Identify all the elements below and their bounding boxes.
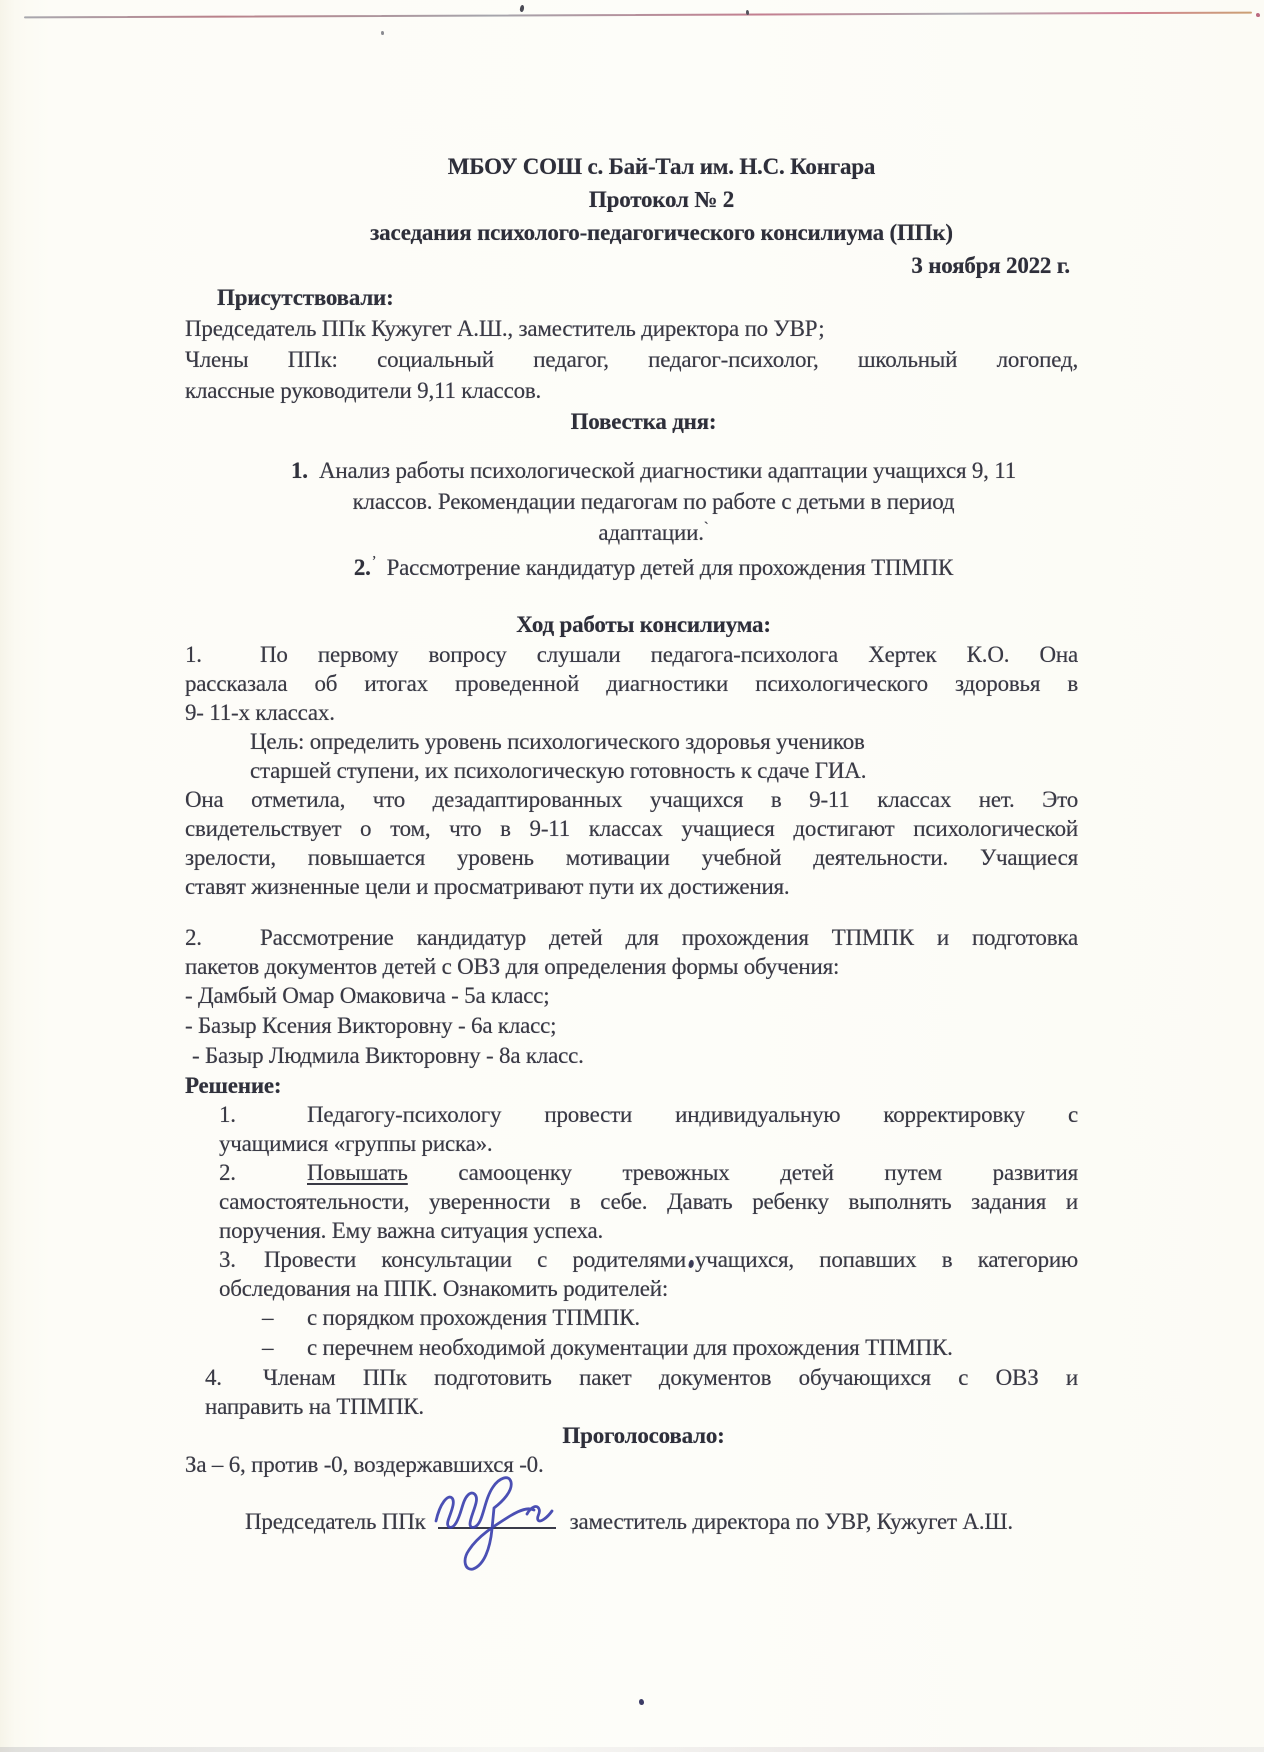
scan-speck [1256, 13, 1260, 17]
decision-heading: Решение: [185, 1071, 1078, 1100]
decision-item-3: 3.Провести консультации с родителямиучащ… [219, 1245, 1078, 1303]
agenda-heading: Повестка дня: [197, 406, 1090, 437]
question1-line3: 9- 11-х классах. [185, 698, 1078, 727]
decision-item-1-line2: учащимися «группы риска». [219, 1129, 1078, 1158]
attendees-members-line2: классные руководители 9,11 классов. [185, 375, 1078, 406]
document-header: МБОУ СОШ с. Бай-Тал им. Н.С. Конгара Про… [215, 150, 1108, 249]
agenda-item-1-line3: адаптации.ˋ [207, 517, 1100, 552]
decision-item-2-line2: самостоятельности, уверенности в себе. Д… [219, 1187, 1078, 1216]
handwritten-signature [424, 1451, 574, 1581]
vote-heading: Проголосовало: [197, 1421, 1090, 1450]
proceedings-heading: Ход работы консилиума: [197, 609, 1090, 640]
question2-number: 2. [185, 923, 260, 952]
decision-item-4: 4.Членам ППк подготовить пакет документо… [205, 1363, 1078, 1421]
agenda-item-2: 2.ʼ Рассмотрение кандидатур детей для пр… [207, 552, 1100, 587]
question2-line1: 2.Рассмотрение кандидатур детей для прох… [185, 923, 1078, 952]
candidate-row: - Базыр Ксения Викторовну - 6а класс; [185, 1011, 1078, 1041]
agenda-item-1-number: 1. [291, 458, 308, 483]
stray-apostrophe-mark: ʼ [372, 554, 377, 570]
agenda-item-1-line2: классов. Рекомендации педагогам по работ… [207, 486, 1100, 517]
signature-right-text: заместитель директора по УВР, Кужугет А.… [570, 1507, 1013, 1536]
attendees-chair-line: Председатель ППк Кужугет А.Ш., заместите… [185, 313, 1078, 344]
decision-item-4-line2: направить на ТПМПК. [205, 1392, 1078, 1421]
summary-line4: ставят жизненные цели и просматривают пу… [185, 872, 1078, 901]
decision-item-2-line3: поручения. Ему важна ситуация успеха. [219, 1216, 1078, 1245]
decision-subitem-1: –с порядком прохождения ТПМПК. [185, 1303, 1078, 1333]
question2-line2: пакетов документов детей с ОВЗ для опред… [185, 952, 1078, 981]
summary-line1: Она отметила, что дезадаптированных учащ… [185, 785, 1078, 814]
underlined-word: Повышать [307, 1160, 408, 1185]
attendees-members-line1: Члены ППк: социальный педагог, педагог-п… [185, 344, 1078, 375]
decision-item-4-line1: 4.Членам ППк подготовить пакет документо… [205, 1363, 1078, 1392]
signature-row: Председатель ППк заместитель директора п… [245, 1507, 1078, 1536]
candidate-row: - Дамбый Омар Омаковича - 5а класс; [185, 981, 1078, 1011]
scan-bottom-shadow [0, 1747, 1264, 1752]
agenda-item-2-number: 2. [354, 555, 371, 580]
protocol-date: 3 ноября 2022 г. [185, 249, 1078, 282]
decision-subitem-2: –с перечнем необходимой документации для… [185, 1333, 1078, 1363]
candidate-row: - Базыр Людмила Викторовну - 8а класс. [185, 1041, 1078, 1071]
dash-bullet: – [262, 1333, 307, 1363]
attendees-heading: Присутствовали: [185, 282, 1078, 313]
goal-line1: Цель: определить уровень психологическог… [250, 727, 1078, 756]
decision-item-1-number: 1. [219, 1100, 307, 1129]
decision-item-3-line1: 3.Провести консультации с родителямиучащ… [219, 1245, 1078, 1274]
summary-line2: свидетельствует о том, что в 9-11 класса… [185, 814, 1078, 843]
question1-line1: 1.По первому вопросу слушали педагога-пс… [185, 640, 1078, 669]
scan-speck [639, 1699, 644, 1705]
agenda-list: 1. Анализ работы психологической диагнос… [207, 455, 1100, 587]
school-name: МБОУ СОШ с. Бай-Тал им. Н.С. Конгара [215, 150, 1108, 183]
decision-item-1: 1.Педагогу-психологу провести индивидуал… [219, 1100, 1078, 1158]
goal-line2: старшей ступени, их психологическую гото… [250, 756, 1078, 785]
decision-item-2: 2.Повышать самооценку тревожных детей пу… [219, 1158, 1078, 1245]
protocol-subtitle: заседания психолого-педагогического конс… [215, 216, 1108, 249]
stray-pen-mark: ˋ [704, 520, 709, 536]
vote-result: За – 6, против -0, воздержавшихся -0. [185, 1450, 1078, 1479]
agenda-item-1-line1: 1. Анализ работы психологической диагнос… [207, 455, 1100, 486]
question1-line2: рассказала об итогах проведенной диагнос… [185, 669, 1078, 698]
document-page: МБОУ СОШ с. Бай-Тал им. Н.С. Конгара Про… [185, 0, 1078, 1536]
decision-item-3-line2: обследования на ППК. Ознакомить родителе… [219, 1274, 1078, 1303]
protocol-number: Протокол № 2 [215, 183, 1108, 216]
decision-item-3-number: 3. [219, 1245, 264, 1274]
signature-line [438, 1507, 556, 1529]
signature-label: Председатель ППк [245, 1507, 426, 1536]
question1-number: 1. [185, 640, 260, 669]
dash-bullet: – [262, 1303, 307, 1333]
ink-blot-mark [688, 1259, 695, 1268]
decision-item-1-line1: 1.Педагогу-психологу провести индивидуал… [219, 1100, 1078, 1129]
decision-item-4-number: 4. [205, 1363, 263, 1392]
summary-line3: зрелости, повышается уровень мотивации у… [185, 843, 1078, 872]
decision-item-2-number: 2. [219, 1158, 307, 1187]
decision-item-2-line1: 2.Повышать самооценку тревожных детей пу… [219, 1158, 1078, 1187]
